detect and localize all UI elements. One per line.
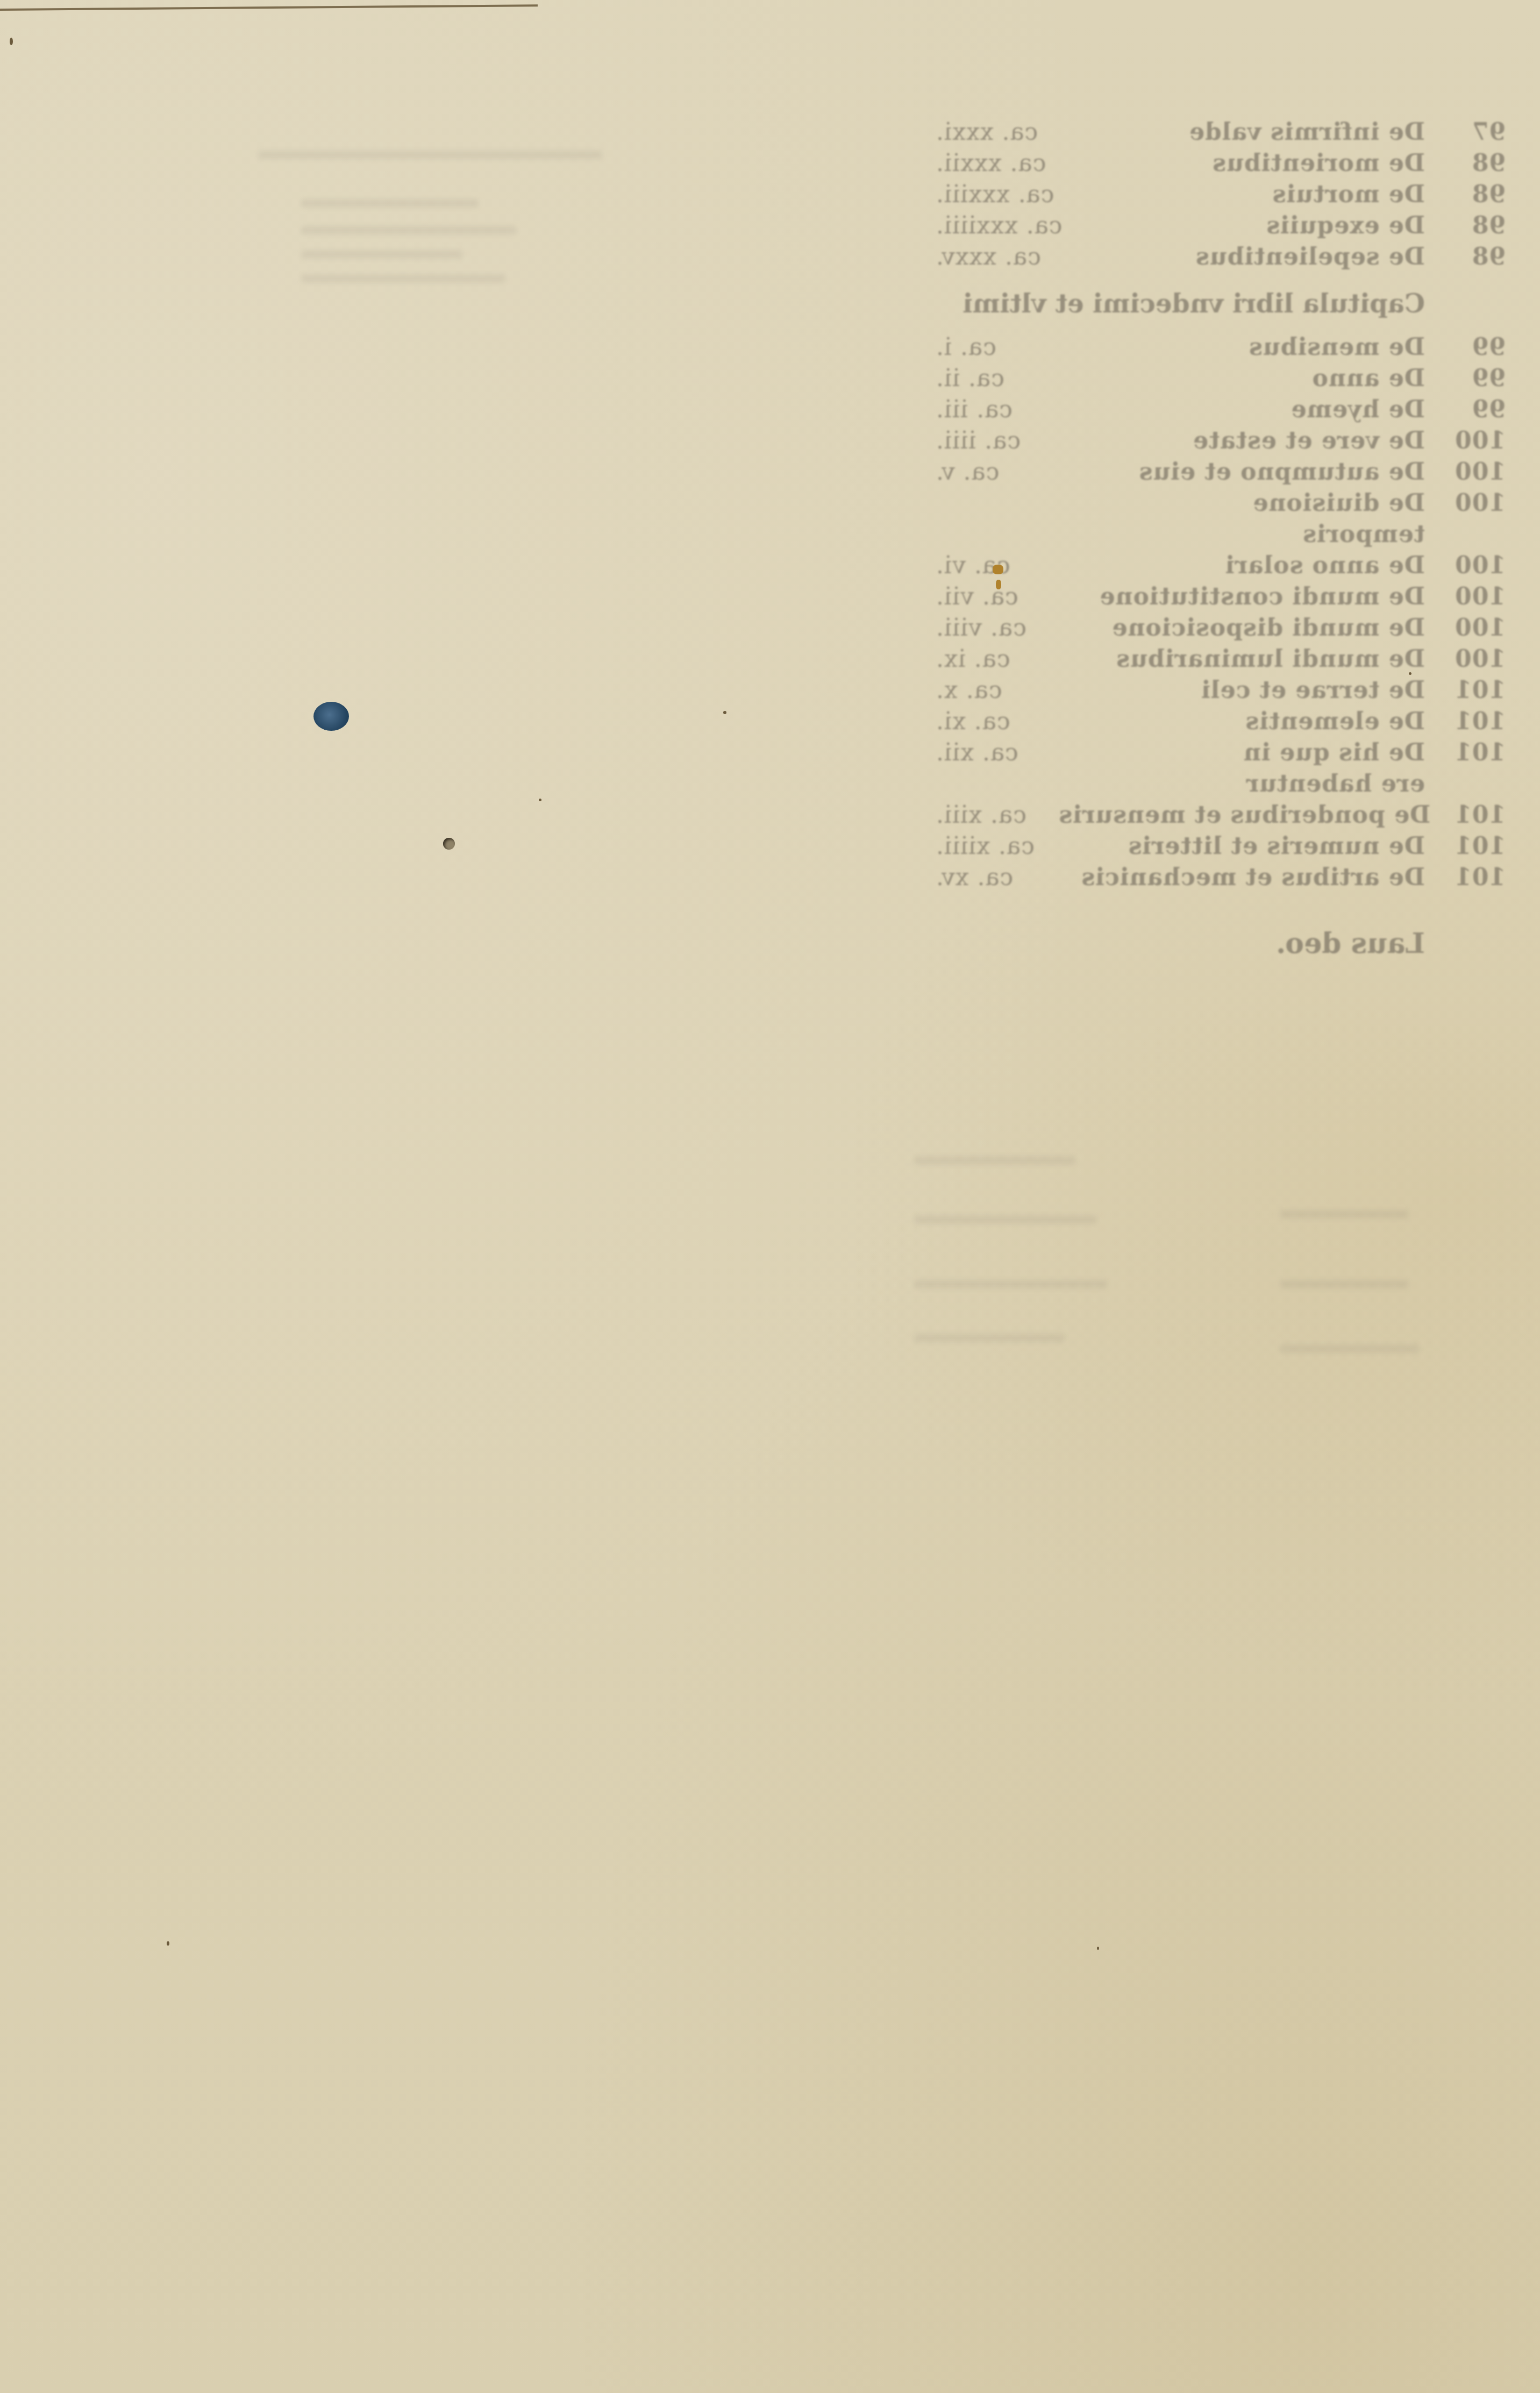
chapter-title: temporis (1070, 521, 1441, 548)
chapter-title: De sepelientibus (1070, 243, 1441, 270)
chapter-ref: ca. xxxiii. (936, 181, 1070, 208)
toc-row: 99 De hyeme ca. iii. (936, 396, 1506, 427)
paper-speck (1409, 672, 1411, 675)
folio-number: 98 (1441, 212, 1506, 239)
blue-ink-spot (313, 702, 349, 731)
worm-hole (443, 838, 455, 850)
folio-number: 97 (1441, 118, 1506, 146)
toc-row: 100 De vere et estate ca. iiii. (936, 427, 1506, 458)
folio-number: 100 (1441, 614, 1506, 642)
chapter-ref: ca. xxxii. (936, 149, 1070, 177)
chapter-title: De ponderibus et mensuris (1059, 801, 1447, 829)
book-page: 97 De infirmis valde ca. xxxi. 98 De mor… (0, 0, 1540, 2393)
colophon: Laus deo. (936, 927, 1506, 960)
chapter-ref: ca. iii. (936, 396, 1070, 423)
paper-speck (10, 38, 13, 45)
toc-row: 100 De diuisione (936, 489, 1506, 521)
ghost-line (1280, 1344, 1420, 1353)
toc-row: 99 De mensibus ca. i. (936, 333, 1506, 365)
chapter-title: De vere et estate (1070, 427, 1441, 454)
chapter-title: De elementis (1070, 708, 1441, 735)
chapter-ref: ca. xii. (936, 739, 1070, 766)
chapter-title: De autumpno et eius (1070, 458, 1441, 486)
chapter-title: De mundi disposicione (1070, 614, 1441, 642)
chapter-ref: ca. iiii. (936, 427, 1070, 454)
paper-speck (723, 711, 726, 714)
toc-row: 101 De terrae et celi ca. x. (936, 676, 1506, 708)
ghost-line (1280, 1210, 1409, 1219)
chapter-title: De his que in (1070, 739, 1441, 766)
paper-speck (167, 1941, 169, 1946)
toc-row: 101 De artibus et mechanicis ca. xv. (936, 864, 1506, 895)
folio-number: 99 (1441, 333, 1506, 361)
ghost-line (301, 250, 462, 259)
chapter-title: De infirmis valde (1070, 118, 1441, 146)
chapter-title: De exequiis (1070, 212, 1441, 239)
chapter-ref: ca. xi. (936, 708, 1070, 735)
chapter-ref: ca. xv. (936, 864, 1070, 891)
showthrough-table-of-contents: 97 De infirmis valde ca. xxxi. 98 De mor… (936, 118, 1506, 960)
chapter-title: De mortuis (1070, 181, 1441, 208)
folio-number: 100 (1441, 458, 1506, 486)
folio-number: 98 (1441, 181, 1506, 208)
ghost-line (258, 151, 602, 159)
page-top-edge (0, 0, 538, 11)
chapter-ref: ca. viii. (936, 614, 1070, 642)
chapter-ref: ca. xiiii. (936, 832, 1070, 860)
ghost-line (301, 199, 479, 208)
toc-row: 100 De autumpno et eius ca. v. (936, 458, 1506, 489)
folio-number: 101 (1441, 676, 1506, 704)
chapter-ref: ca. x. (936, 676, 1070, 704)
rust-stain (993, 565, 1003, 574)
section-heading: Capitula libri vndecimi et vltimi (936, 274, 1506, 333)
ghost-line (301, 226, 516, 234)
toc-row: 100 De anno solari ca. vi. (936, 552, 1506, 583)
chapter-ref: ca. xiii. (936, 801, 1059, 829)
chapter-title: De mundi luminaribus (1070, 645, 1441, 673)
chapter-title: De anno (1070, 365, 1441, 392)
ghost-line (914, 1215, 1097, 1224)
folio-number: 98 (1441, 149, 1506, 177)
folio-number: 100 (1441, 489, 1506, 517)
chapter-title: De mensibus (1070, 333, 1441, 361)
folio-number: 100 (1441, 645, 1506, 673)
ghost-line (914, 1334, 1065, 1342)
chapter-ref: ca. vi. (936, 552, 1070, 579)
chapter-ref: ca. xxxv. (936, 243, 1070, 270)
toc-row: 97 De infirmis valde ca. xxxi. (936, 118, 1506, 149)
toc-row: 100 De mundi luminaribus ca. ix. (936, 645, 1506, 676)
rust-stain (996, 580, 1001, 589)
chapter-title: De mundi constitutione (1070, 583, 1441, 610)
toc-row: ere habentur (936, 770, 1506, 801)
toc-row: 101 De elementis ca. xi. (936, 708, 1506, 739)
ghost-line (301, 274, 505, 283)
folio-number: 100 (1441, 583, 1506, 610)
chapter-title: De diuisione (1070, 489, 1441, 517)
folio-number: 99 (1441, 365, 1506, 392)
folio-number: 101 (1441, 864, 1506, 891)
toc-row: 98 De exequiis ca. xxxiiii. (936, 212, 1506, 243)
chapter-title: De hyeme (1070, 396, 1441, 423)
chapter-ref: ca. xxxi. (936, 118, 1070, 146)
chapter-title: De artibus et mechanicis (1070, 864, 1441, 891)
chapter-title: De terrae et celi (1070, 676, 1441, 704)
chapter-ref: ca. ix. (936, 645, 1070, 673)
chapter-title: ere habentur (1070, 770, 1441, 797)
toc-row: 101 De ponderibus et mensuris ca. xiii. (936, 801, 1506, 832)
chapter-ref: ca. i. (936, 333, 1070, 361)
folio-number: 101 (1441, 832, 1506, 860)
ghost-line (914, 1280, 1108, 1288)
paper-speck (1097, 1947, 1099, 1950)
folio-number: 98 (1441, 243, 1506, 270)
toc-row: 98 De morientibus ca. xxxii. (936, 149, 1506, 181)
chapter-ref: ca. xxxiiii. (936, 212, 1070, 239)
folio-number: 101 (1441, 739, 1506, 766)
folio-number: 100 (1441, 552, 1506, 579)
chapter-ref: ca. ii. (936, 365, 1070, 392)
toc-row: temporis (936, 521, 1506, 552)
folio-number: 101 (1446, 801, 1506, 829)
ghost-line (914, 1156, 1075, 1165)
toc-row: 99 De anno ca. ii. (936, 365, 1506, 396)
chapter-title: De anno solari (1070, 552, 1441, 579)
ghost-line (1280, 1280, 1409, 1288)
toc-row: 101 De his que in ca. xii. (936, 739, 1506, 770)
chapter-ref: ca. vii. (936, 583, 1070, 610)
toc-row: 100 De mundi disposicione ca. viii. (936, 614, 1506, 645)
toc-row: 98 De sepelientibus ca. xxxv. (936, 243, 1506, 274)
chapter-title: De morientibus (1070, 149, 1441, 177)
folio-number: 101 (1441, 708, 1506, 735)
toc-row: 100 De mundi constitutione ca. vii. (936, 583, 1506, 614)
paper-speck (539, 799, 541, 801)
chapter-ref: ca. v. (936, 458, 1070, 486)
folio-number: 100 (1441, 427, 1506, 454)
folio-number: 99 (1441, 396, 1506, 423)
toc-row: 101 De numeris et litteris ca. xiiii. (936, 832, 1506, 864)
toc-row: 98 De mortuis ca. xxxiii. (936, 181, 1506, 212)
chapter-title: De numeris et litteris (1070, 832, 1441, 860)
